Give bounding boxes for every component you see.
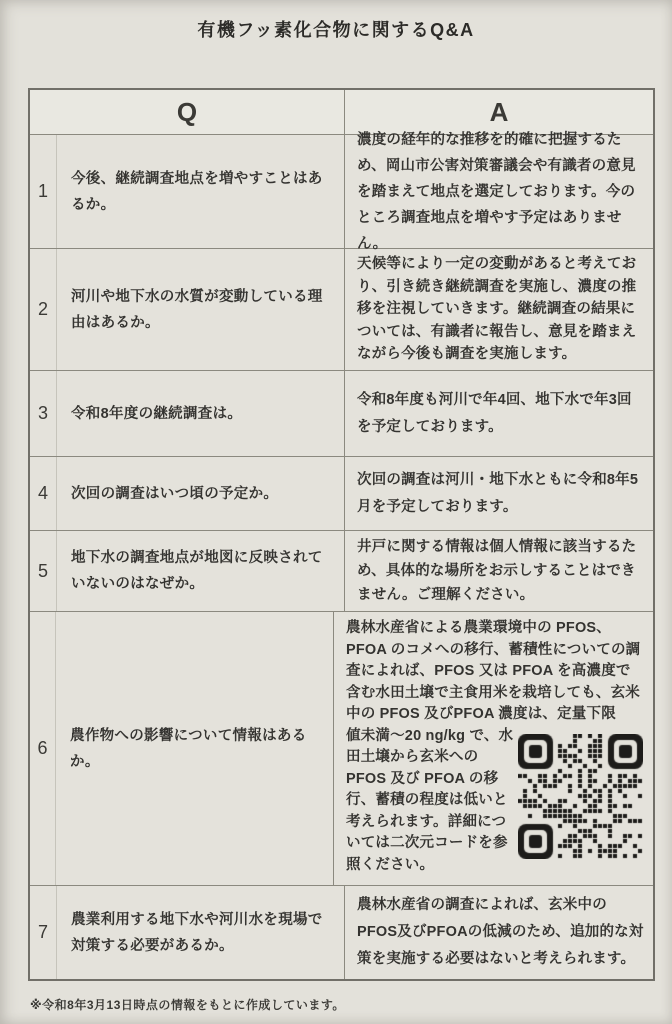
answer-text-bottom: 値未満～20 ng/kg で、水田土壌から玄米への PFOS 及び PFOA の… (346, 726, 518, 877)
answer-text-top: 農林水産省による農業環境中の PFOS、PFOA のコメへの移行、蓄積性について… (346, 618, 645, 726)
row-number: 3 (30, 371, 57, 456)
row-number: 7 (30, 886, 57, 979)
footnote: ※令和8年3月13日時点の情報をもとに作成しています。 (30, 996, 345, 1013)
question-text: 令和8年度の継続調査は。 (71, 401, 242, 427)
page-title: 有機フッ素化合物に関するQ&A (0, 16, 672, 42)
question-text: 次回の調査はいつ頃の予定か。 (71, 481, 278, 507)
question-text: 農作物への影響について情報はあるか。 (70, 723, 323, 775)
table-row: 5 地下水の調査地点が地図に反映されていないのはなぜか。 井戸に関する情報は個人… (30, 530, 653, 611)
question-text: 河川や地下水の水質が変動している理由はあるか。 (71, 284, 334, 336)
table-row: 7 農業利用する地下水や河川水を現場で対策する必要があるか。 農林水産省の調査に… (30, 885, 653, 979)
answer-text: 濃度の経年的な推移を的確に把握するため、岡山市公害対策審議会や有識者の意見を踏ま… (357, 127, 645, 257)
answer-cell: 次回の調査は河川・地下水ともに令和8年5月を予定しております。 (345, 457, 653, 530)
question-cell: 農作物への影響について情報はあるか。 (56, 612, 334, 885)
answer-cell: 農林水産省による農業環境中の PFOS、PFOA のコメへの移行、蓄積性について… (334, 612, 653, 885)
table-row: 6 農作物への影響について情報はあるか。 農林水産省による農業環境中の PFOS… (30, 611, 653, 885)
row-number: 1 (30, 135, 57, 248)
qa-table: Q A 1 今後、継続調査地点を増やすことはあるか。 濃度の経年的な推移を的確に… (28, 88, 655, 981)
answer-text: 令和8年度も河川で年4回、地下水で年3回を予定しております。 (357, 387, 645, 441)
answer-cell: 天候等により一定の変動があると考えており、引き続き継続調査を実施し、濃度の推移を… (345, 249, 653, 370)
question-cell: 今後、継続調査地点を増やすことはあるか。 (57, 135, 345, 248)
qr-code-icon (518, 734, 643, 859)
question-cell: 令和8年度の継続調査は。 (57, 371, 345, 456)
answer-cell: 農林水産省の調査によれば、玄米中のPFOS及びPFOAの低減のため、追加的な対策… (345, 886, 653, 979)
row-number: 2 (30, 249, 57, 370)
question-text: 農業利用する地下水や河川水を現場で対策する必要があるか。 (71, 907, 334, 959)
answer-cell: 令和8年度も河川で年4回、地下水で年3回を予定しております。 (345, 371, 653, 456)
answer-text: 次回の調査は河川・地下水ともに令和8年5月を予定しております。 (357, 467, 645, 521)
answer-cell: 濃度の経年的な推移を的確に把握するため、岡山市公害対策審議会や有識者の意見を踏ま… (345, 135, 653, 248)
row-number: 5 (30, 531, 57, 611)
question-cell: 次回の調査はいつ頃の予定か。 (57, 457, 345, 530)
row-number: 6 (30, 612, 56, 885)
column-header-q: Q (30, 90, 345, 134)
table-row: 2 河川や地下水の水質が変動している理由はあるか。 天候等により一定の変動がある… (30, 248, 653, 370)
answer-cell: 井戸に関する情報は個人情報に該当するため、具体的な場所をお示しすることはできませ… (345, 531, 653, 611)
table-row: 3 令和8年度の継続調査は。 令和8年度も河川で年4回、地下水で年3回を予定して… (30, 370, 653, 456)
table-row: 1 今後、継続調査地点を増やすことはあるか。 濃度の経年的な推移を的確に把握する… (30, 134, 653, 248)
answer-text: 天候等により一定の変動があると考えており、引き続き継続調査を実施し、濃度の推移を… (357, 253, 645, 366)
question-cell: 農業利用する地下水や河川水を現場で対策する必要があるか。 (57, 886, 345, 979)
answer-text: 井戸に関する情報は個人情報に該当するため、具体的な場所をお示しすることはできませ… (357, 535, 645, 607)
table-row: 4 次回の調査はいつ頃の予定か。 次回の調査は河川・地下水ともに令和8年5月を予… (30, 456, 653, 530)
row-number: 4 (30, 457, 57, 530)
question-cell: 河川や地下水の水質が変動している理由はあるか。 (57, 249, 345, 370)
question-cell: 地下水の調査地点が地図に反映されていないのはなぜか。 (57, 531, 345, 611)
question-text: 地下水の調査地点が地図に反映されていないのはなぜか。 (71, 545, 334, 597)
question-text: 今後、継続調査地点を増やすことはあるか。 (71, 166, 334, 218)
answer-text: 農林水産省の調査によれば、玄米中のPFOS及びPFOAの低減のため、追加的な対策… (357, 892, 645, 973)
